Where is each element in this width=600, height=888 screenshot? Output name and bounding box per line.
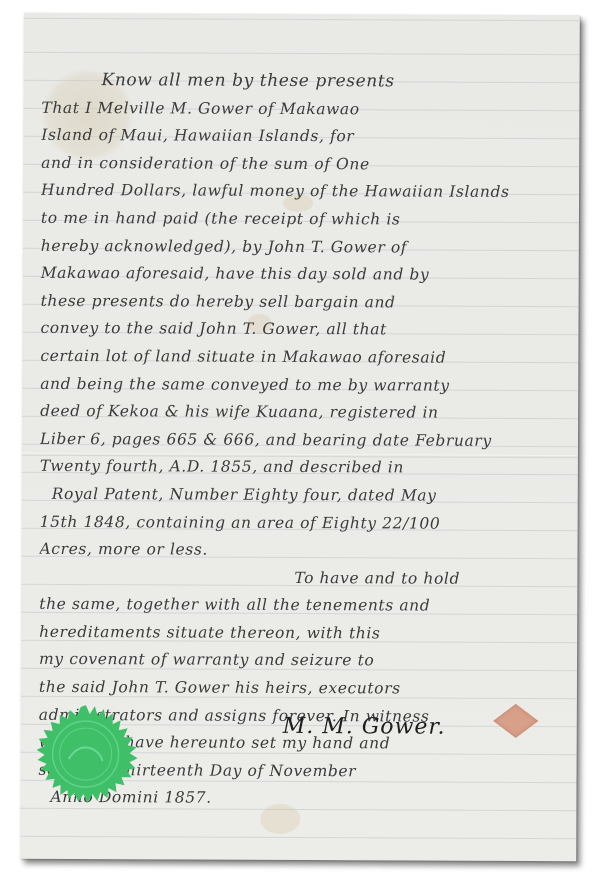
deed-line: That I Melville M. Gower of Makawao bbox=[41, 94, 571, 124]
deed-line: Makawao aforesaid, have this day sold an… bbox=[41, 260, 571, 290]
deed-line: deed of Kekoa & his wife Kuaana, registe… bbox=[40, 398, 570, 428]
deed-line: Twenty fourth, A.D. 1855, and described … bbox=[40, 453, 570, 483]
deed-paper: Know all men by these presents That I Me… bbox=[20, 13, 580, 861]
deed-line: Acres, more or less. bbox=[39, 536, 569, 566]
deed-line: Hundred Dollars, lawful money of the Haw… bbox=[41, 177, 571, 207]
green-seal-icon bbox=[32, 703, 138, 809]
deed-line: and in consideration of the sum of One bbox=[41, 150, 571, 180]
deed-line: Liber 6, pages 665 & 666, and bearing da… bbox=[40, 426, 570, 456]
deed-line: my covenant of warranty and seizure to bbox=[39, 646, 569, 676]
deed-line: and being the same conveyed to me by war… bbox=[40, 370, 570, 400]
stage: Know all men by these presents That I Me… bbox=[0, 0, 600, 888]
deed-line: 15th 1848, containing an area of Eighty … bbox=[40, 508, 570, 538]
deed-line: to me in hand paid (the receipt of which… bbox=[41, 205, 571, 235]
deed-line: hereby acknowledged), by John T. Gower o… bbox=[41, 232, 571, 262]
deed-text: Know all men by these presents That I Me… bbox=[38, 67, 571, 814]
deed-line: Royal Patent, Number Eighty four, dated … bbox=[40, 481, 570, 511]
deed-line: Island of Maui, Hawaiian Islands, for bbox=[41, 122, 571, 152]
signature: M. M. Gower. bbox=[283, 714, 446, 740]
deed-line: these presents do hereby sell bargain an… bbox=[41, 288, 571, 318]
deed-line: certain lot of land situate in Makawao a… bbox=[40, 343, 570, 373]
deed-line: To have and to hold bbox=[39, 564, 569, 594]
deed-line: the same, together with all the tenement… bbox=[39, 591, 569, 621]
deed-line: the said John T. Gower his heirs, execut… bbox=[39, 674, 569, 704]
deed-line: convey to the said John T. Gower, all th… bbox=[40, 315, 570, 345]
deed-line: Know all men by these presents bbox=[41, 67, 571, 97]
deed-line: hereditaments situate thereon, with this bbox=[39, 619, 569, 649]
